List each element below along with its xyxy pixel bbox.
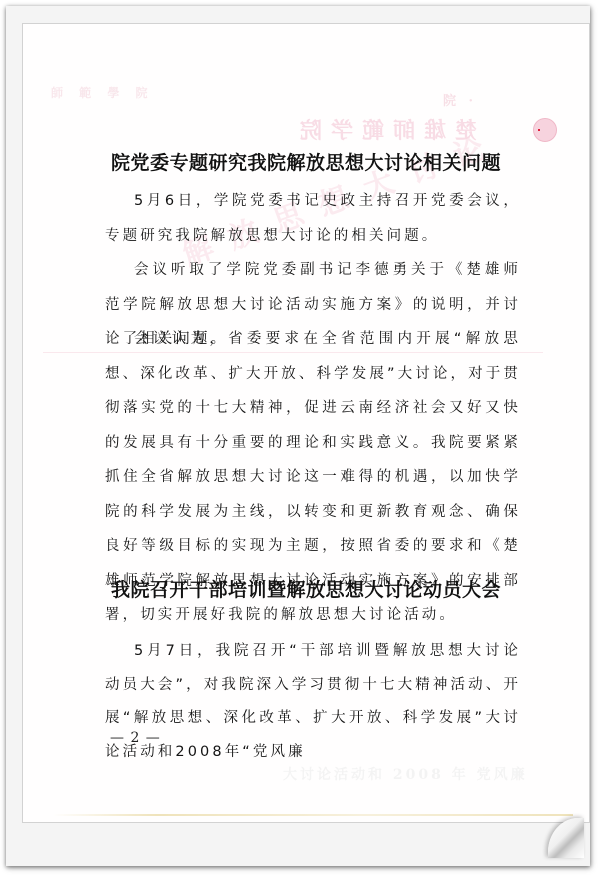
article-paragraph: 5月7日，我院召开“干部培训暨解放思想大讨论动员大会”，对我院深入学习贯彻十七大… <box>105 635 521 769</box>
seal-icon <box>533 118 557 142</box>
page-number: — 2 — <box>110 730 161 746</box>
paper-edge-stain <box>53 814 573 816</box>
article-paragraph: 5月6日，学院党委书记史政主持召开党委会议，专题研究我院解放思想大讨论的相关问题… <box>105 184 521 253</box>
scanned-document-page: 師 範 學 院 院 · 楚雄師範学院 解放思想大讨论 大讨论活动和 2008 年… <box>22 23 590 823</box>
article-title: 院党委专题研究我院解放思想大讨论相关问题 <box>23 148 589 175</box>
page-curl-decoration <box>548 818 584 858</box>
article-title: 我院召开干部培训暨解放思想大讨论动员大会 <box>23 575 589 602</box>
bleed-through-text: 院 · <box>443 90 477 109</box>
bleed-through-text: 師 範 學 院 <box>51 84 154 101</box>
photo-frame: 師 範 學 院 院 · 楚雄師範学院 解放思想大讨论 大讨论活动和 2008 年… <box>6 6 590 866</box>
